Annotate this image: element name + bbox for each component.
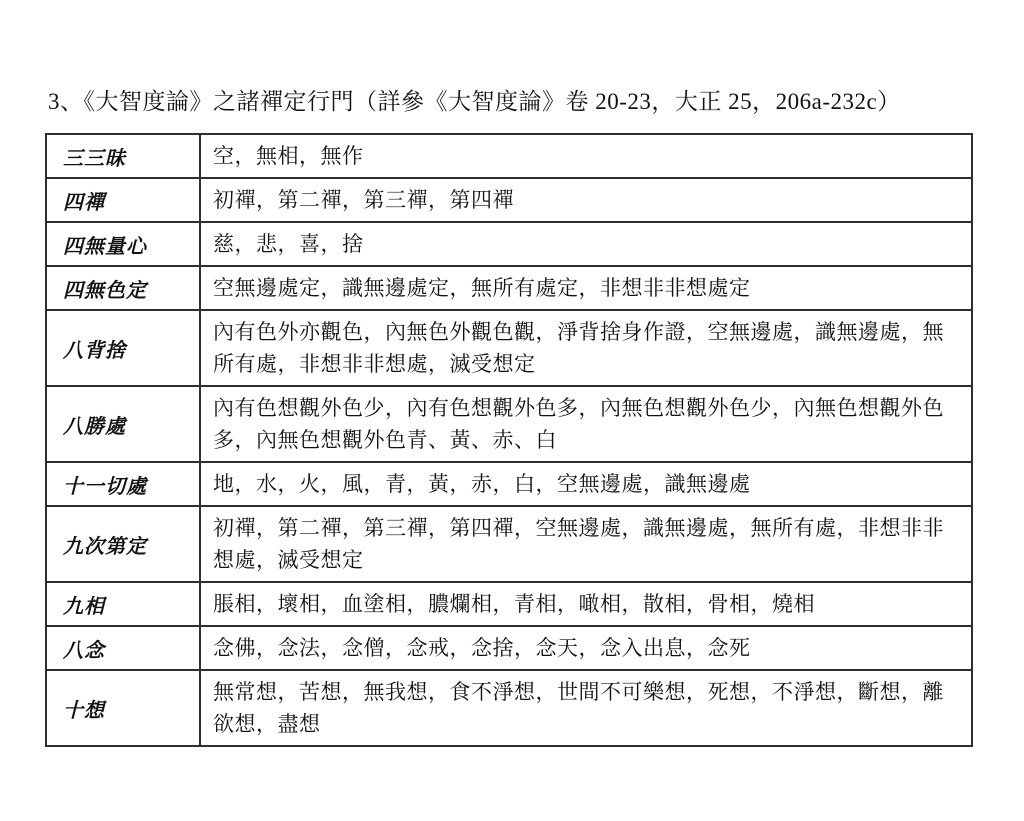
document-page: 3、《大智度論》之諸禪定行門（詳參《大智度論》卷 20-23，大正 25，206… xyxy=(0,0,1024,821)
meditation-methods-table: 三三昧 空，無相，無作 四禪 初禪，第二禪，第三禪，第四禪 四無量心 慈，悲，喜… xyxy=(45,133,973,747)
table-row: 十一切處 地，水，火，風，青，黃，赤，白，空無邊處，識無邊處 xyxy=(46,462,972,506)
row-label: 八念 xyxy=(46,626,200,670)
table-row: 八背捨 內有色外亦觀色，內無色外觀色觀，淨背捨身作證，空無邊處，識無邊處，無所有… xyxy=(46,310,972,386)
table-row: 十想 無常想，苦想，無我想，食不淨想，世間不可樂想，死想，不淨想，斷想，離欲想，… xyxy=(46,670,972,746)
table-row: 九次第定 初禪，第二禪，第三禪，第四禪，空無邊處，識無邊處，無所有處，非想非非想… xyxy=(46,506,972,582)
table-row: 八勝處 內有色想觀外色少，內有色想觀外色多，內無色想觀外色少，內無色想觀外色多，… xyxy=(46,386,972,462)
table-row: 四無量心 慈，悲，喜，捨 xyxy=(46,222,972,266)
row-content: 念佛，念法，念僧，念戒，念捨，念天，念入出息，念死 xyxy=(200,626,972,670)
row-content: 脹相，壞相，血塗相，膿爛相，青相，噉相，散相，骨相，燒相 xyxy=(200,582,972,626)
row-content: 內有色想觀外色少，內有色想觀外色多，內無色想觀外色少，內無色想觀外色多，內無色想… xyxy=(200,386,972,462)
row-label: 十一切處 xyxy=(46,462,200,506)
row-content: 空無邊處定，識無邊處定，無所有處定，非想非非想處定 xyxy=(200,266,972,310)
row-content: 空，無相，無作 xyxy=(200,134,972,178)
row-label: 四無色定 xyxy=(46,266,200,310)
table-body: 三三昧 空，無相，無作 四禪 初禪，第二禪，第三禪，第四禪 四無量心 慈，悲，喜… xyxy=(46,134,972,746)
row-content: 無常想，苦想，無我想，食不淨想，世間不可樂想，死想，不淨想，斷想，離欲想，盡想 xyxy=(200,670,972,746)
row-content: 地，水，火，風，青，黃，赤，白，空無邊處，識無邊處 xyxy=(200,462,972,506)
table-row: 八念 念佛，念法，念僧，念戒，念捨，念天，念入出息，念死 xyxy=(46,626,972,670)
row-content: 初禪，第二禪，第三禪，第四禪 xyxy=(200,178,972,222)
table-row: 四禪 初禪，第二禪，第三禪，第四禪 xyxy=(46,178,972,222)
table-row: 三三昧 空，無相，無作 xyxy=(46,134,972,178)
row-content: 初禪，第二禪，第三禪，第四禪，空無邊處，識無邊處，無所有處，非想非非想處，滅受想… xyxy=(200,506,972,582)
row-label: 四無量心 xyxy=(46,222,200,266)
row-label: 四禪 xyxy=(46,178,200,222)
row-label: 十想 xyxy=(46,670,200,746)
row-label: 八背捨 xyxy=(46,310,200,386)
page-title: 3、《大智度論》之諸禪定行門（詳參《大智度論》卷 20-23，大正 25，206… xyxy=(48,83,901,116)
row-label: 八勝處 xyxy=(46,386,200,462)
table-row: 九相 脹相，壞相，血塗相，膿爛相，青相，噉相，散相，骨相，燒相 xyxy=(46,582,972,626)
row-label: 三三昧 xyxy=(46,134,200,178)
row-content: 慈，悲，喜，捨 xyxy=(200,222,972,266)
table-row: 四無色定 空無邊處定，識無邊處定，無所有處定，非想非非想處定 xyxy=(46,266,972,310)
row-label: 九次第定 xyxy=(46,506,200,582)
row-content: 內有色外亦觀色，內無色外觀色觀，淨背捨身作證，空無邊處，識無邊處，無所有處，非想… xyxy=(200,310,972,386)
row-label: 九相 xyxy=(46,582,200,626)
